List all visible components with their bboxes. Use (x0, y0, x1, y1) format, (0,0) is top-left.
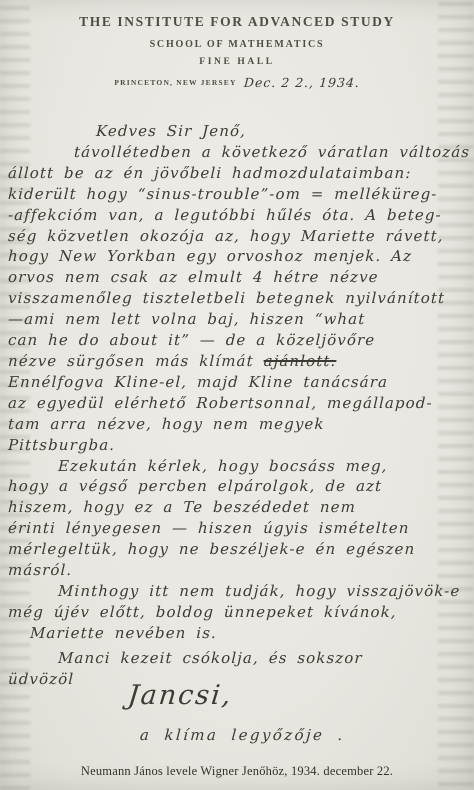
letterhead-city-row: PRINCETON, NEW JERSEYDec. 2 2., 1934. (0, 73, 474, 91)
signature: Jancsi, (126, 680, 234, 711)
letter-line: az egyedül elérhető Robertsonnal, megáll… (8, 393, 469, 414)
letter-line: visszamenőleg tiszteletbeli betegnek nyi… (8, 288, 469, 309)
letter-line: hiszem, hogy ez a Te beszédedet nem (8, 497, 469, 518)
letterhead-institute: THE INSTITUTE FOR ADVANCED STUDY (0, 14, 474, 30)
letter-line: ség közvetlen okozója az, hogy Mariette … (8, 226, 469, 247)
handwritten-date: Dec. 2 2., 1934. (243, 75, 360, 90)
signature-title: a klíma legyőzője . (139, 726, 345, 744)
letter-line: Manci kezeit csókolja, és sokszor (58, 648, 469, 669)
letter-line: nézve sürgősen más klímát ajánlott. (8, 351, 469, 372)
letter-line: Ennélfogva Kline-el, majd Kline tanácsár… (8, 372, 469, 393)
letter-line-text: nézve sürgősen más klímát (8, 352, 264, 370)
letterhead-school: SCHOOL OF MATHEMATICS (0, 39, 474, 50)
letter-line: orvos nem csak az elmult 4 hétre nézve (8, 267, 469, 288)
letter-line: —ami nem lett volna baj, hiszen “what (8, 309, 469, 330)
letter-line: távollétedben a következő váratlan válto… (74, 142, 469, 163)
letterhead-city: PRINCETON, NEW JERSEY (114, 78, 236, 87)
letter-line: Pittsburgba. (8, 435, 469, 456)
letter-line: másról. (8, 560, 469, 581)
letter-body: Kedves Sir Jenő, távollétedben a követke… (8, 121, 468, 689)
letter-line: mérlegeltük, hogy ne beszéljek-e én egés… (8, 539, 469, 560)
letter-line: hogy New Yorkban egy orvoshoz menjek. Az (8, 246, 469, 267)
letter-line: még újév előtt, boldog ünnepeket kívánok… (8, 602, 469, 623)
letter-line: Mariette nevében is. (30, 623, 469, 644)
letterhead-hall: FINE HALL (0, 57, 474, 67)
letter-line: érinti lényegesen — hiszen úgyis ismétel… (8, 518, 469, 539)
letter-line: can he do about it” — de a közeljövőre (8, 330, 469, 351)
scanned-letter-page: THE INSTITUTE FOR ADVANCED STUDY SCHOOL … (0, 0, 474, 790)
photo-caption: Neumann János levele Wigner Jenőhöz, 193… (0, 764, 474, 779)
letter-line: -affekcióm van, a legutóbbi hűlés óta. A… (8, 205, 469, 226)
letter-line: állott be az én jövőbeli hadmozdulataimb… (8, 163, 469, 184)
letterhead: THE INSTITUTE FOR ADVANCED STUDY SCHOOL … (0, 0, 474, 91)
letter-line: hogy a végső percben elpárolgok, de azt (8, 476, 469, 497)
letter-line: tam arra nézve, hogy nem megyek (8, 414, 469, 435)
struck-word: ajánlott. (263, 352, 336, 370)
letter-line: Minthogy itt nem tudják, hogy visszajövö… (58, 581, 469, 602)
letter-line: üdvözöl (8, 669, 469, 690)
letter-line: Ezekután kérlek, hogy bocsáss meg, (58, 456, 469, 477)
letter-line: kiderült hogy “sinus-trouble”-om = mellé… (8, 184, 469, 205)
salutation: Kedves Sir Jenő, (96, 121, 469, 142)
